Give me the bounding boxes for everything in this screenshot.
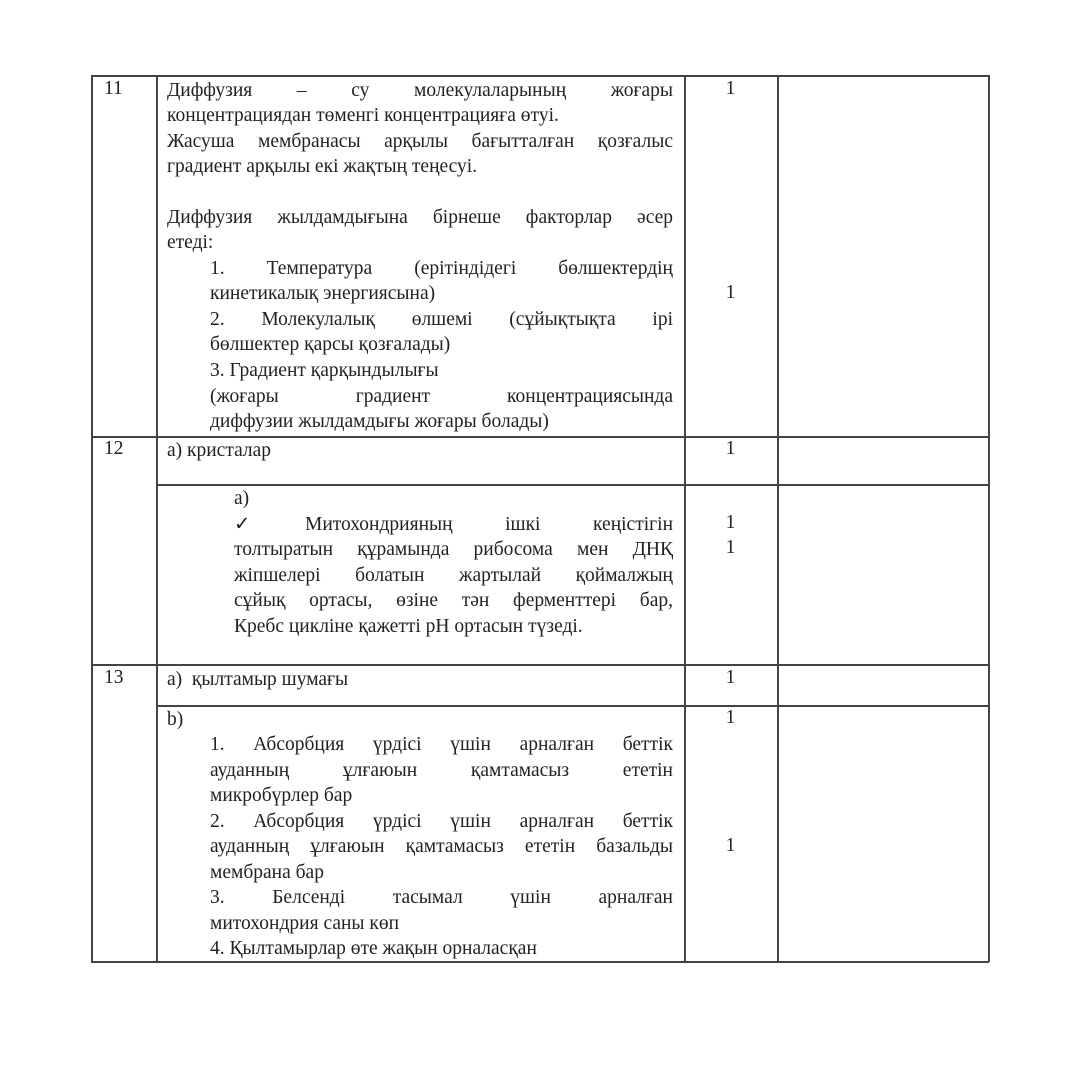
answer-part-a: а) кристалар	[167, 438, 271, 463]
table-border-left	[91, 75, 93, 962]
answer-line: Диффузия – су молекулаларының жоғары	[167, 78, 673, 103]
answer-line: Жасуша мембранасы арқылы бағытталған қоз…	[167, 129, 673, 154]
answer-part-label: b)	[167, 707, 183, 732]
score-value: 1	[684, 537, 777, 559]
score-value: 1	[684, 667, 777, 689]
table-border-top	[91, 75, 989, 77]
score-value: 1	[684, 835, 777, 857]
answer-line: концентрациядан төменгі концентрацияға ө…	[167, 103, 559, 128]
question-number: 11	[104, 78, 123, 100]
question-number: 12	[104, 438, 124, 460]
answer-line: (жоғары градиент концентрациясында	[210, 384, 673, 409]
answer-line: ауданның ұлғаюын қамтамасыз ететін базал…	[210, 834, 673, 859]
answer-line: Митохондрияның ішкі кеңістігін	[305, 512, 673, 537]
answer-line: бөлшектер қарсы қозғалады)	[210, 332, 450, 357]
col-divider-number	[156, 75, 158, 962]
answer-line: 3. Белсенді тасымал үшін арналған	[210, 885, 673, 910]
answer-line: диффузии жылдамдығы жоғары болады)	[210, 409, 549, 434]
answer-line: 2. Абсорбция үрдісі үшін арналған беттік	[210, 809, 673, 834]
answer-line: митохондрия саны көп	[210, 911, 399, 936]
score-value: 1	[684, 512, 777, 534]
answer-line: 4. Қылтамырлар өте жақын орналасқан	[210, 936, 537, 961]
subrow-divider-13	[156, 705, 989, 707]
answer-line: градиент арқылы екі жақтың теңесуі.	[167, 154, 477, 179]
score-value: 1	[684, 78, 777, 100]
score-value: 1	[684, 282, 777, 304]
score-value: 1	[684, 707, 777, 729]
answer-line: кинетикалық энергиясына)	[210, 281, 435, 306]
question-number: 13	[104, 667, 124, 689]
answer-line: ауданның ұлғаюын қамтамасыз ететін	[210, 758, 673, 783]
check-mark-icon: ✓	[234, 512, 250, 537]
answer-line: мембрана бар	[210, 860, 324, 885]
answer-line: сұйық ортасы, өзіне тән ферменттері бар,	[234, 588, 673, 613]
answer-line: 1. Абсорбция үрдісі үшін арналған беттік	[210, 732, 673, 757]
answer-part-label: а)	[234, 486, 249, 511]
answer-line: Кребс цикліне қажетті pH ортасын түзеді.	[234, 614, 583, 639]
subrow-divider-12	[156, 484, 989, 486]
answer-line: 3. Градиент қарқындылығы	[210, 358, 439, 383]
table-border-right	[988, 75, 990, 962]
answer-line: жіпшелері болатын жартылай қоймалжың	[234, 563, 673, 588]
col-divider-score	[777, 75, 779, 962]
answer-line: 1. Температура (ерітіндідегі бөлшектерді…	[210, 256, 673, 281]
score-value: 1	[684, 438, 777, 460]
answer-line: толтыратын құрамында рибосома мен ДНҚ	[234, 537, 673, 562]
answer-part-a: а) қылтамыр шумағы	[167, 667, 348, 692]
answer-line: Диффузия жылдамдығына бірнеше факторлар …	[167, 205, 673, 230]
answer-line: етеді:	[167, 230, 213, 255]
answer-line: микробүрлер бар	[210, 783, 352, 808]
row-divider-13	[91, 664, 989, 666]
answer-line: 2. Молекулалық өлшемі (сұйықтықта ірі	[210, 307, 673, 332]
